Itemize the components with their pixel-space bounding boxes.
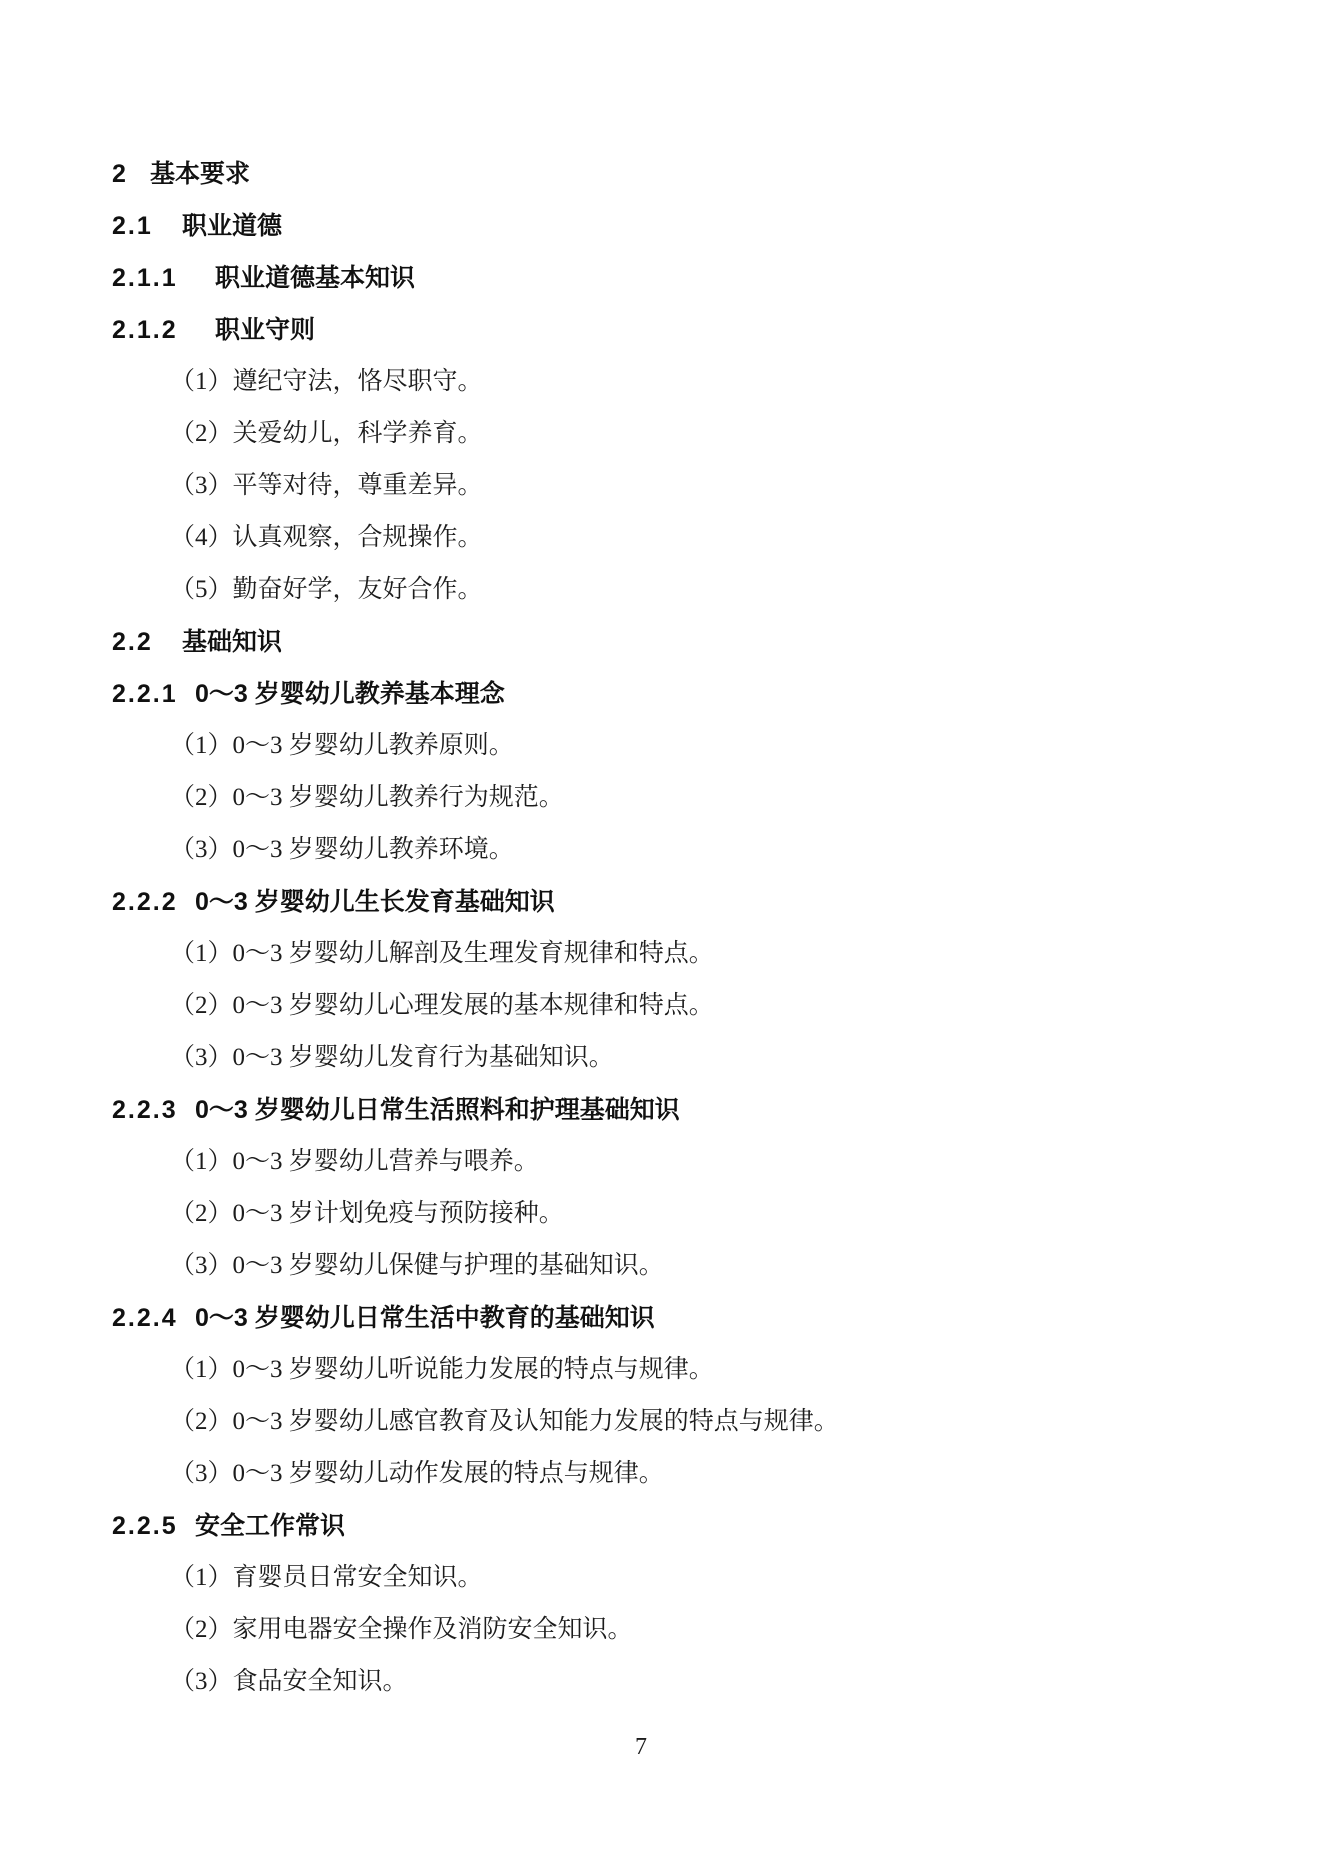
heading-title: 0～3 岁婴幼儿日常生活照料和护理基础知识 xyxy=(195,1096,680,1124)
document-body: 2基本要求2.1职业道德2.1.1职业道德基本知识2.1.2职业守则（1）遵纪守… xyxy=(0,148,1323,1708)
list-item: （1）0～3 岁婴幼儿教养原则。 xyxy=(0,720,1323,772)
item-text: （3）0～3 岁婴幼儿教养环境。 xyxy=(170,836,514,863)
item-text: （3）0～3 岁婴幼儿保健与护理的基础知识。 xyxy=(170,1252,664,1279)
item-text: （2）关爱幼儿，科学养育。 xyxy=(170,420,483,447)
list-item: （3）平等对待，尊重差异。 xyxy=(0,460,1323,512)
heading-number: 2.1.1 xyxy=(112,252,215,304)
section-heading: 2.2.10～3 岁婴幼儿教养基本理念 xyxy=(0,668,1323,720)
heading-title: 0～3 岁婴幼儿日常生活中教育的基础知识 xyxy=(195,1304,655,1332)
list-item: （3）0～3 岁婴幼儿教养环境。 xyxy=(0,824,1323,876)
section-heading: 2.1.1职业道德基本知识 xyxy=(0,252,1323,304)
list-item: （2）0～3 岁婴幼儿教养行为规范。 xyxy=(0,772,1323,824)
item-text: （2）0～3 岁婴幼儿感官教育及认知能力发展的特点与规律。 xyxy=(170,1408,839,1435)
list-item: （3）0～3 岁婴幼儿发育行为基础知识。 xyxy=(0,1032,1323,1084)
heading-title: 职业道德 xyxy=(182,212,282,240)
list-item: （2）关爱幼儿，科学养育。 xyxy=(0,408,1323,460)
heading-title: 0～3 岁婴幼儿教养基本理念 xyxy=(195,680,505,708)
heading-title: 基础知识 xyxy=(182,628,282,656)
section-heading: 2.1.2职业守则 xyxy=(0,304,1323,356)
heading-title: 职业道德基本知识 xyxy=(215,264,415,292)
list-item: （3）0～3 岁婴幼儿动作发展的特点与规律。 xyxy=(0,1448,1323,1500)
list-item: （1）0～3 岁婴幼儿解剖及生理发育规律和特点。 xyxy=(0,928,1323,980)
item-text: （3）平等对待，尊重差异。 xyxy=(170,472,483,499)
list-item: （3）0～3 岁婴幼儿保健与护理的基础知识。 xyxy=(0,1240,1323,1292)
list-item: （2）0～3 岁计划免疫与预防接种。 xyxy=(0,1188,1323,1240)
list-item: （1）遵纪守法，恪尽职守。 xyxy=(0,356,1323,408)
item-text: （2）0～3 岁计划免疫与预防接种。 xyxy=(170,1200,564,1227)
section-heading: 2.1职业道德 xyxy=(0,200,1323,252)
heading-number: 2.2.3 xyxy=(112,1084,195,1136)
page-number: 7 xyxy=(635,1721,647,1773)
heading-title: 职业守则 xyxy=(215,316,315,344)
item-text: （1）育婴员日常安全知识。 xyxy=(170,1564,483,1591)
heading-number: 2.2.4 xyxy=(112,1292,195,1344)
item-text: （3）0～3 岁婴幼儿动作发展的特点与规律。 xyxy=(170,1460,664,1487)
heading-title: 0～3 岁婴幼儿生长发育基础知识 xyxy=(195,888,555,916)
heading-number: 2.2.1 xyxy=(112,668,195,720)
item-text: （1）遵纪守法，恪尽职守。 xyxy=(170,368,483,395)
section-heading: 2基本要求 xyxy=(0,148,1323,200)
section-heading: 2.2.30～3 岁婴幼儿日常生活照料和护理基础知识 xyxy=(0,1084,1323,1136)
item-text: （1）0～3 岁婴幼儿教养原则。 xyxy=(170,732,514,759)
list-item: （5）勤奋好学，友好合作。 xyxy=(0,564,1323,616)
document-page: 2基本要求2.1职业道德2.1.1职业道德基本知识2.1.2职业守则（1）遵纪守… xyxy=(0,0,1323,1871)
list-item: （2）0～3 岁婴幼儿心理发展的基本规律和特点。 xyxy=(0,980,1323,1032)
list-item: （2）0～3 岁婴幼儿感官教育及认知能力发展的特点与规律。 xyxy=(0,1396,1323,1448)
item-text: （4）认真观察，合规操作。 xyxy=(170,524,483,551)
item-text: （2）家用电器安全操作及消防安全知识。 xyxy=(170,1616,633,1643)
list-item: （4）认真观察，合规操作。 xyxy=(0,512,1323,564)
heading-number: 2.2 xyxy=(112,616,182,668)
section-heading: 2.2.20～3 岁婴幼儿生长发育基础知识 xyxy=(0,876,1323,928)
item-text: （3）食品安全知识。 xyxy=(170,1668,408,1695)
heading-number: 2.2.2 xyxy=(112,876,195,928)
heading-number: 2.1.2 xyxy=(112,304,215,356)
item-text: （3）0～3 岁婴幼儿发育行为基础知识。 xyxy=(170,1044,614,1071)
heading-number: 2.1 xyxy=(112,200,182,252)
heading-title: 安全工作常识 xyxy=(195,1512,345,1540)
item-text: （1）0～3 岁婴幼儿营养与喂养。 xyxy=(170,1148,539,1175)
item-text: （2）0～3 岁婴幼儿教养行为规范。 xyxy=(170,784,564,811)
list-item: （3）食品安全知识。 xyxy=(0,1656,1323,1708)
heading-title: 基本要求 xyxy=(150,160,250,188)
list-item: （2）家用电器安全操作及消防安全知识。 xyxy=(0,1604,1323,1656)
list-item: （1）育婴员日常安全知识。 xyxy=(0,1552,1323,1604)
heading-number: 2.2.5 xyxy=(112,1500,195,1552)
item-text: （5）勤奋好学，友好合作。 xyxy=(170,576,483,603)
item-text: （1）0～3 岁婴幼儿解剖及生理发育规律和特点。 xyxy=(170,940,714,967)
list-item: （1）0～3 岁婴幼儿营养与喂养。 xyxy=(0,1136,1323,1188)
item-text: （2）0～3 岁婴幼儿心理发展的基本规律和特点。 xyxy=(170,992,714,1019)
heading-number: 2 xyxy=(112,148,150,200)
section-heading: 2.2.5安全工作常识 xyxy=(0,1500,1323,1552)
list-item: （1）0～3 岁婴幼儿听说能力发展的特点与规律。 xyxy=(0,1344,1323,1396)
section-heading: 2.2基础知识 xyxy=(0,616,1323,668)
item-text: （1）0～3 岁婴幼儿听说能力发展的特点与规律。 xyxy=(170,1356,714,1383)
section-heading: 2.2.40～3 岁婴幼儿日常生活中教育的基础知识 xyxy=(0,1292,1323,1344)
